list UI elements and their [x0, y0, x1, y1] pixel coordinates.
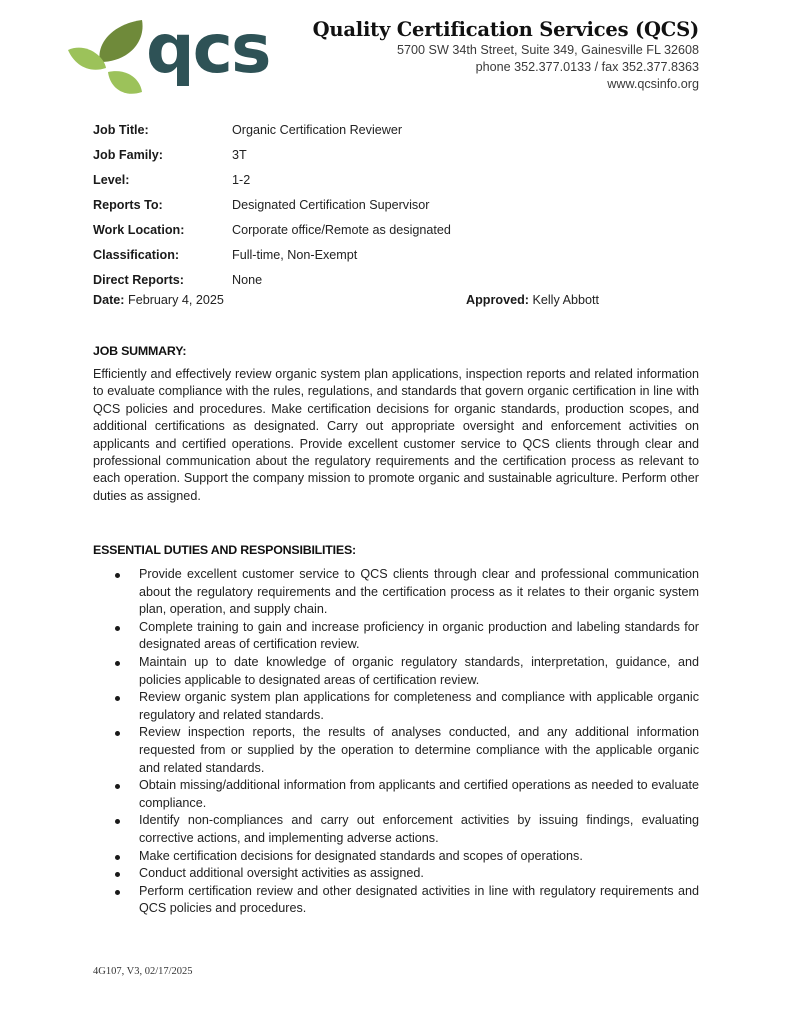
duties-heading: ESSENTIAL DUTIES AND RESPONSIBILITIES: — [93, 543, 356, 557]
approved-field: Approved: Kelly Abbott — [466, 293, 599, 307]
reports-to-value: Designated Certification Supervisor — [232, 198, 429, 212]
duty-text: Provide excellent customer service to QC… — [139, 567, 699, 616]
company-name: Quality Certification Services (QCS) — [313, 18, 699, 42]
job-family-label: Job Family: — [93, 148, 232, 162]
duty-text: Obtain missing/additional information fr… — [139, 778, 699, 810]
level-value: 1-2 — [232, 173, 250, 187]
duty-text: Complete training to gain and increase p… — [139, 620, 699, 652]
classification-value: Full-time, Non-Exempt — [232, 248, 357, 262]
job-summary-text: Efficiently and effectively review organ… — [93, 366, 699, 505]
job-info-row: Level: 1-2 — [93, 167, 703, 192]
bullet-icon — [115, 661, 120, 666]
bullet-icon — [115, 626, 120, 631]
duty-text: Review inspection reports, the results o… — [139, 725, 699, 774]
company-address: 5700 SW 34th Street, Suite 349, Gainesvi… — [313, 42, 699, 59]
reports-to-label: Reports To: — [93, 198, 232, 212]
date-value: February 4, 2025 — [128, 293, 224, 307]
direct-reports-label: Direct Reports: — [93, 273, 232, 287]
list-item: Provide excellent customer service to QC… — [93, 566, 699, 619]
approved-label: Approved: — [466, 293, 529, 307]
job-info-row: Work Location: Corporate office/Remote a… — [93, 217, 703, 242]
job-info-table: Job Title: Organic Certification Reviewe… — [93, 117, 703, 292]
duty-text: Maintain up to date knowledge of organic… — [139, 655, 699, 687]
level-label: Level: — [93, 173, 232, 187]
list-item: Make certification decisions for designa… — [93, 848, 699, 866]
company-header: Quality Certification Services (QCS) 570… — [313, 18, 699, 93]
qcs-logo: qcs — [66, 16, 276, 104]
job-info-row: Job Title: Organic Certification Reviewe… — [93, 117, 703, 142]
logo-wordmark: qcs — [146, 16, 269, 84]
approved-value: Kelly Abbott — [532, 293, 599, 307]
classification-label: Classification: — [93, 248, 232, 262]
duty-text: Identify non-compliances and carry out e… — [139, 813, 699, 845]
bullet-icon — [115, 890, 120, 895]
job-info-row: Classification: Full-time, Non-Exempt — [93, 242, 703, 267]
job-family-value: 3T — [232, 148, 247, 162]
date-field: Date: February 4, 2025 — [93, 293, 224, 307]
duties-list: Provide excellent customer service to QC… — [93, 566, 699, 918]
list-item: Review inspection reports, the results o… — [93, 724, 699, 777]
list-item: Obtain missing/additional information fr… — [93, 777, 699, 812]
list-item: Maintain up to date knowledge of organic… — [93, 654, 699, 689]
document-page: qcs Quality Certification Services (QCS)… — [0, 0, 791, 1024]
bullet-icon — [115, 819, 120, 824]
list-item: Identify non-compliances and carry out e… — [93, 812, 699, 847]
job-info-row: Direct Reports: None — [93, 267, 703, 292]
bullet-icon — [115, 696, 120, 701]
job-info-row: Job Family: 3T — [93, 142, 703, 167]
bullet-icon — [115, 784, 120, 789]
bullet-icon — [115, 731, 120, 736]
bullet-icon — [115, 855, 120, 860]
job-title-label: Job Title: — [93, 123, 232, 137]
work-location-value: Corporate office/Remote as designated — [232, 223, 451, 237]
work-location-label: Work Location: — [93, 223, 232, 237]
bullet-icon — [115, 872, 120, 877]
duty-text: Conduct additional oversight activities … — [139, 866, 424, 880]
duty-text: Perform certification review and other d… — [139, 884, 699, 916]
list-item: Perform certification review and other d… — [93, 883, 699, 918]
job-info-row: Reports To: Designated Certification Sup… — [93, 192, 703, 217]
date-label: Date: — [93, 293, 125, 307]
company-website[interactable]: www.qcsinfo.org — [313, 76, 699, 93]
list-item: Complete training to gain and increase p… — [93, 619, 699, 654]
duty-text: Make certification decisions for designa… — [139, 849, 583, 863]
company-phone-fax: phone 352.377.0133 / fax 352.377.8363 — [313, 59, 699, 76]
list-item: Conduct additional oversight activities … — [93, 865, 699, 883]
job-title-value: Organic Certification Reviewer — [232, 123, 402, 137]
direct-reports-value: None — [232, 273, 262, 287]
bullet-icon — [115, 573, 120, 578]
leaves-icon — [66, 16, 146, 100]
job-summary-heading: JOB SUMMARY: — [93, 344, 186, 358]
document-footer-id: 4G107, V3, 02/17/2025 — [93, 966, 193, 977]
duty-text: Review organic system plan applications … — [139, 690, 699, 722]
list-item: Review organic system plan applications … — [93, 689, 699, 724]
